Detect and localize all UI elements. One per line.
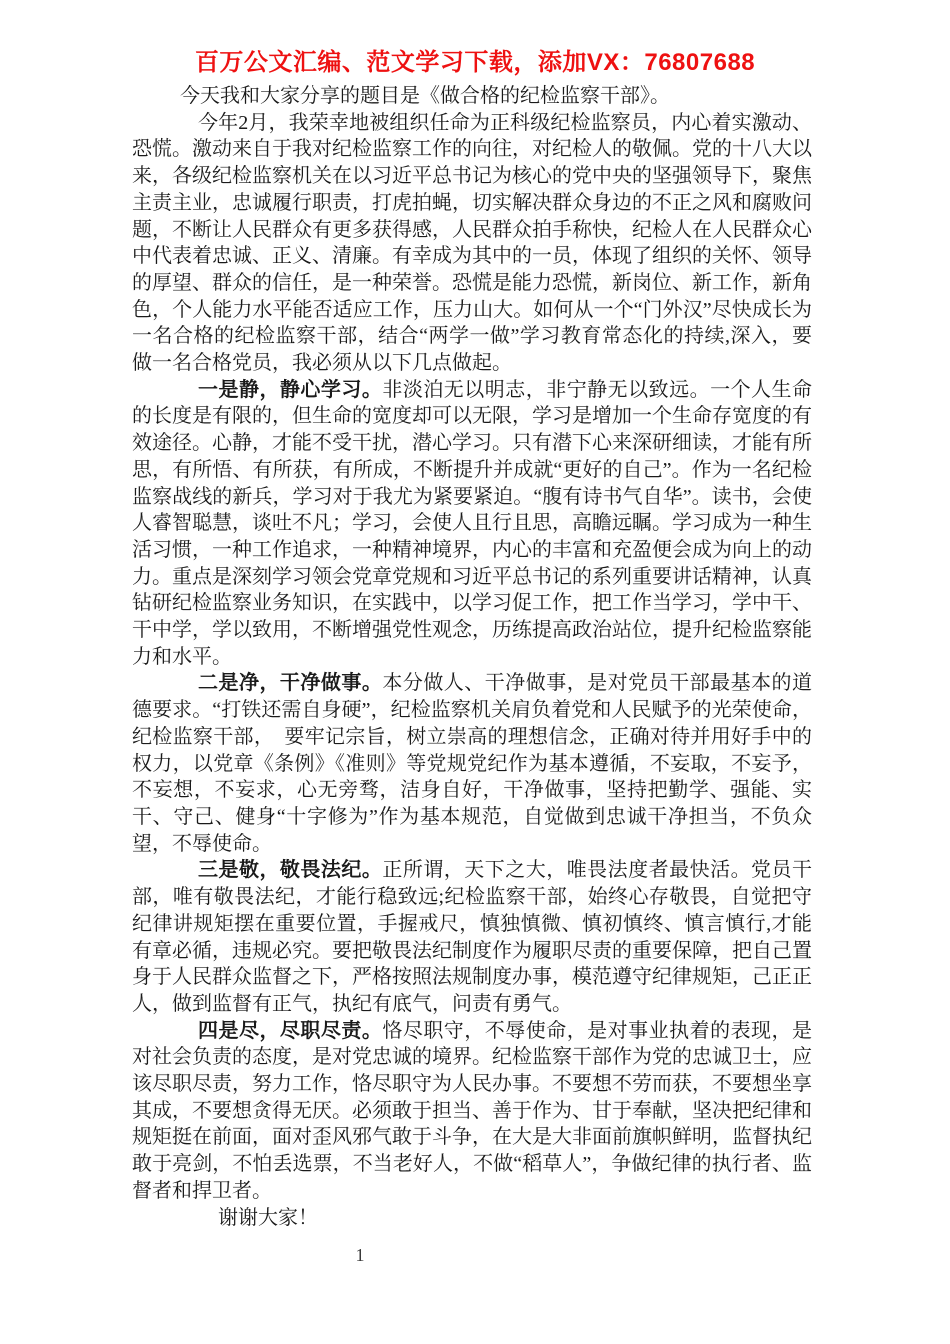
promo-header-text: 百万公文汇编、范文学习下载，添加VX：76807688 [0, 42, 950, 77]
paragraph-title: 今天我和大家分享的题目是《做合格的纪检监察干部》。 [132, 83, 812, 110]
paragraph-section-3: 三是敬，敬畏法纪。正所谓，天下之大，唯畏法度者最快活。党员干部，唯有敬畏法纪，才… [132, 857, 812, 1017]
section-2-text: 本分做人、干净做事，是对党员干部最基本的道德要求。“打铁还需自身硬”，纪检监察机… [132, 672, 812, 854]
section-3-text: 正所谓，天下之大，唯畏法度者最快活。党员干部，唯有敬畏法纪，才能行稳致远;纪检监… [132, 859, 812, 1015]
paragraph-opening-text: 今年2月，我荣幸地被组织任命为正科级纪检监察员，内心着实激动、恐慌。激动来自于我… [132, 112, 812, 374]
section-4-text: 恪尽职守，不辱使命，是对事业执着的表现，是对社会负责的态度，是对党忠诚的境界。纪… [132, 1020, 812, 1202]
document-body: 今天我和大家分享的题目是《做合格的纪检监察干部》。 今年2月，我荣幸地被组织任命… [132, 83, 812, 1231]
paragraph-section-4: 四是尽，尽职尽责。恪尽职守，不辱使命，是对事业执着的表现，是对社会负责的态度，是… [132, 1018, 812, 1205]
paragraph-section-1: 一是静，静心学习。非淡泊无以明志，非宁静无以致远。一个人生命的长度是有限的，但生… [132, 377, 812, 671]
paragraph-opening: 今年2月，我荣幸地被组织任命为正科级纪检监察员，内心着实激动、恐慌。激动来自于我… [132, 110, 812, 377]
document-page: 百万公文汇编、范文学习下载，添加VX：76807688 今天我和大家分享的题目是… [0, 0, 950, 1344]
paragraph-closing-text: 谢谢大家！ [218, 1207, 318, 1229]
section-1-heading: 一是静，静心学习。 [198, 379, 382, 401]
section-1-text: 非淡泊无以明志，非宁静无以致远。一个人生命的长度是有限的，但生命的宽度却可以无限… [132, 379, 812, 668]
page-number: 1 [348, 1245, 372, 1266]
paragraph-section-2: 二是净，干净做事。本分做人、干净做事，是对党员干部最基本的道德要求。“打铁还需自… [132, 670, 812, 857]
section-2-heading: 二是净，干净做事。 [198, 672, 382, 694]
section-3-heading: 三是敬，敬畏法纪。 [198, 859, 382, 881]
paragraph-closing: 谢谢大家！ [132, 1205, 812, 1232]
paragraph-title-text: 今天我和大家分享的题目是《做合格的纪检监察干部》。 [180, 85, 670, 107]
section-4-heading: 四是尽，尽职尽责。 [198, 1020, 382, 1042]
